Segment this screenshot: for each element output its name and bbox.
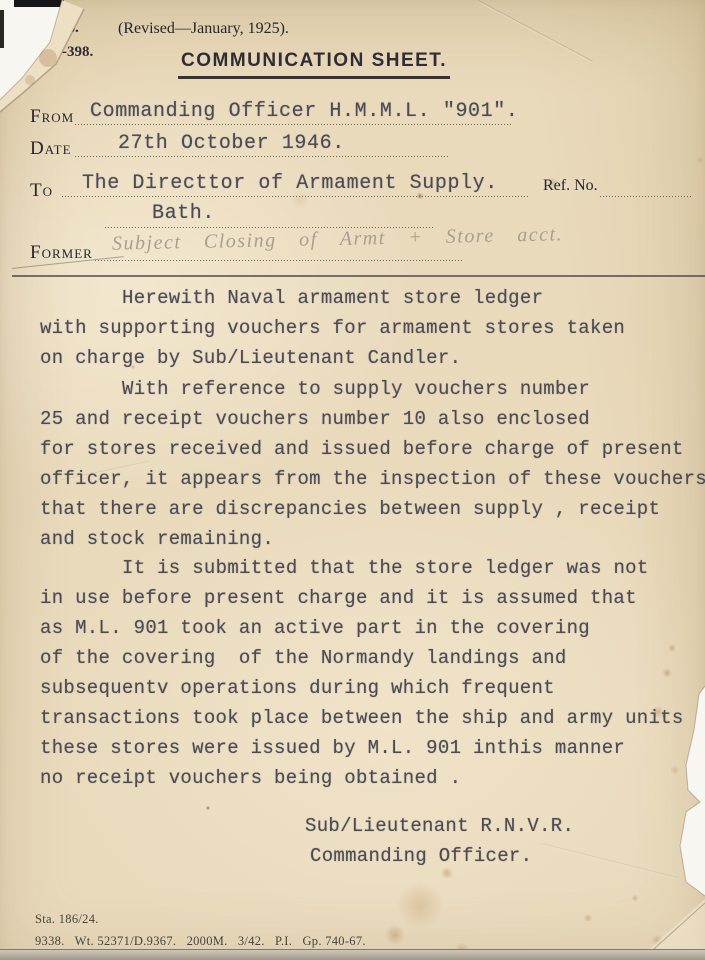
body-line: these stores were issued by M.L. 901 int… [40, 737, 625, 759]
torn-edge-right [655, 670, 705, 910]
body-line: that there are discrepancies between sup… [40, 498, 660, 520]
body-line: and stock remaining. [40, 528, 274, 550]
footer-station-ref: Sta. 186/24. [35, 912, 99, 927]
body-line: officer, it appears from the inspection … [40, 468, 705, 490]
body-line: Herewith Naval armament store ledger [122, 287, 543, 309]
body-line: as M.L. 901 took an active part in the c… [40, 617, 590, 639]
footer-print-ref: 9338. Wt. 52371/D.9367. 2000M. 3/42. P.I… [35, 934, 366, 949]
ref-no-label: Ref. No. [543, 177, 598, 195]
body-line: of the covering of the Normandy landings… [40, 647, 567, 669]
torn-corner-top-left [0, 0, 240, 240]
body-line: no receipt vouchers being obtained . [40, 767, 461, 789]
body-line: for stores received and issued before ch… [40, 438, 684, 460]
body-line: on charge by Sub/Lieutenant Candler. [40, 347, 461, 369]
paper-bottom-edge-shadow [0, 949, 705, 960]
body-line: with supporting vouchers for armament st… [40, 317, 625, 339]
signature-title: Commanding Officer. [310, 845, 532, 867]
former-dotted-line [95, 259, 463, 261]
body-line: With reference to supply vouchers number [122, 378, 590, 400]
signature-rank: Sub/Lieutenant R.N.V.R. [305, 815, 574, 837]
body-line: subsequentv operations during which freq… [40, 677, 555, 699]
body-line: 25 and receipt vouchers number 10 also e… [40, 408, 590, 430]
body-line: It is submitted that the store ledger wa… [122, 557, 649, 579]
communication-sheet-document: 46. -398. (Revised—January, 1925). COMMU… [0, 0, 705, 960]
body-line: in use before present charge and it is a… [40, 587, 637, 609]
paper-crease [477, 0, 592, 61]
header-divider-rule [12, 275, 705, 277]
ref-no-dotted-line [600, 195, 692, 197]
body-line: transactions took place between the ship… [40, 707, 684, 729]
